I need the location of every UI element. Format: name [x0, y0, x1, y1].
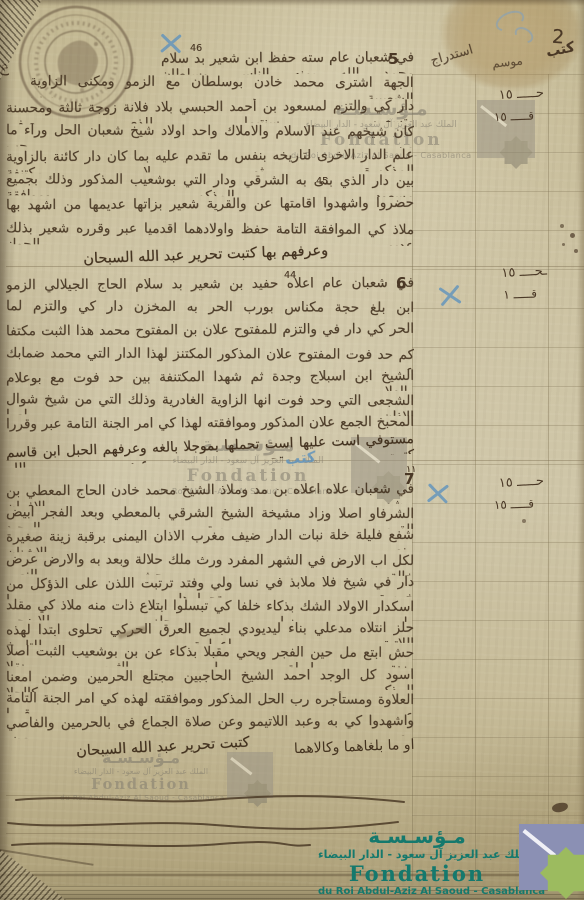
foundation-arabic-subtitle: الملك عبد العزيز آل سعود - الدار البيضاء: [318, 848, 516, 861]
ink-dot: [570, 233, 575, 238]
foundation-logo-square: [519, 824, 584, 890]
ink-dot: [522, 519, 526, 523]
superscript-number: 46: [190, 43, 202, 54]
foundation-arabic-name: مـؤسـسـة: [318, 824, 516, 848]
handwritten-line: حش ابتع مل حين الفجر ويحي مقبلا بذكاء عن…: [6, 643, 414, 668]
blue-cross-mark: [436, 281, 464, 309]
handwritten-line: الشجعى التي وحد فوت انها الزاوية الغادري…: [6, 391, 414, 416]
act-lines: في شعبان علاه اعلاه بن مد وملاذ الشيخ مح…: [6, 482, 414, 737]
margin-fee-marks: حـــــ ١٥ قـــــ ١٥: [452, 88, 544, 124]
handwritten-line: حلز انتلاه مدعلي بناء ليديودي لجميع العر…: [6, 620, 414, 646]
handwritten-line: ملاذ كي الموافقة التامة حفظ واولادهما اق…: [6, 220, 414, 246]
handwritten-line: الحر كي دار في والتزم للمفتوح علان بن ال…: [6, 321, 414, 347]
blue-cross-mark: [423, 478, 452, 507]
handwritten-line: كان شيخهم عند الاسلام والاملاك واحد اولا…: [6, 122, 414, 148]
handwritten-line: دار في شيخ فلا ملابذ في نسا ولي وفتد ترت…: [6, 574, 414, 600]
margin-fee-marks: ـحــــ ١٥ قـــــ ١: [455, 266, 547, 302]
fee-mark: ـحــــ ١٥: [455, 264, 548, 284]
handwritten-line: الشرفاو اصلا وزاد مشيخة الشيخ الشرقي بال…: [6, 504, 414, 529]
act-text-block: في شعبان علاه اعلاه بن مد وملاذ الشيخ مح…: [6, 482, 414, 755]
fee-mark: قـــــ ١٥: [452, 497, 534, 514]
fee-mark: قـــــ ١٥: [452, 109, 534, 126]
blue-crayon-word: كتب: [284, 448, 316, 469]
watermark-latin-name: Fondation: [60, 776, 222, 793]
handwritten-line: ابن بلغ حجة مكناس بورب الحر به المخزن دا…: [6, 298, 414, 323]
binding-shadow: [0, 0, 16, 900]
watermark-arabic-subtitle: الملك عبد العزيز آل سعود - الدار البيضاء: [60, 767, 222, 776]
act-lines: في شعبان عام اعلاه حفيد بن شعير بد سلام …: [6, 276, 414, 438]
handwritten-line: الشيخ ابن اسبلاج وجدة ثم شهدا المكتنفة ب…: [6, 368, 414, 394]
page-edge-shadow: [577, 0, 584, 900]
act-text-block: في شعبان عام اعلاه حفيد بن شعير بد سلام …: [6, 276, 414, 461]
act-number: 5: [388, 50, 398, 68]
act-number: 6: [396, 274, 406, 292]
superscript-number: ١١: [406, 464, 416, 475]
fee-mark: حـــــ ١٥: [452, 474, 545, 494]
closing-phrase: او ما بلغاهما وكالاهما: [293, 737, 414, 757]
fee-mark: حـــــ ١٥: [452, 86, 545, 106]
foundation-latin-subtitle: du Roi Abdul-Aziz Al Saoud - Casablanca: [318, 886, 516, 897]
handwritten-line: اسود كل الوجد احمد الشيخ الحاجبين مجتلع …: [6, 666, 414, 692]
margin-fee-marks: حـــــ ١٥ قـــــ ١٥: [452, 476, 544, 512]
handwritten-line: علم الدار الاخرى لتاريخه بنفس ما تقدم عل…: [6, 146, 414, 173]
fee-mark: قـــــ ١: [455, 287, 537, 304]
rosette-star-icon: [540, 847, 584, 899]
ink-dot: [562, 243, 565, 246]
handwritten-line: في شعبان علاه اعلاه بن مد وملاذ الشيخ مح…: [6, 481, 414, 507]
foundation-logo: مـؤسـسـة الملك عبد العزيز آل سعود - الدا…: [318, 824, 584, 897]
blue-cross-mark: [157, 29, 186, 58]
handwritten-line: واشهدوا كي به وعبد اللاتيمو وعن صلاة الج…: [6, 713, 414, 739]
handwritten-line: بين دار الذي بنى به الشرقي ودار التي بوش…: [6, 171, 414, 197]
handwritten-line: حضروا واشهدوا اقامتها عن والقرية شعير بز…: [6, 195, 414, 222]
superscript-number: 45: [316, 176, 328, 187]
manuscript-page: مـؤسـسـة الملك عبد العزيز آل سعود - الدا…: [0, 0, 584, 900]
handwritten-line: في شعبان عام اعلاه حفيد بن شعير بد سلام …: [6, 275, 414, 301]
handwritten-line: كم حد فوت المفتوح علان المذكور المكتنز ل…: [6, 345, 414, 370]
handwritten-line: لكل اب الارض في الشهر المفرد ورث ملك حلا…: [6, 551, 414, 576]
handwritten-line: العلاوة ومستأجره رب الحل المذكور وموافقت…: [6, 690, 414, 715]
foundation-latin-name: Fondation: [318, 861, 516, 886]
ink-dot: [560, 224, 564, 228]
superscript-number: 44: [284, 270, 296, 281]
handwritten-line: شفع فليلة خلة نبات الدار ضيف مغرب الاذان…: [6, 527, 414, 553]
margin-vertical-line: [548, 74, 549, 880]
page-edge-shadow: [0, 0, 584, 6]
handwritten-line: اسكدار الاولاد الشك بذكاء خلفا كي تبسلوا…: [6, 597, 414, 622]
